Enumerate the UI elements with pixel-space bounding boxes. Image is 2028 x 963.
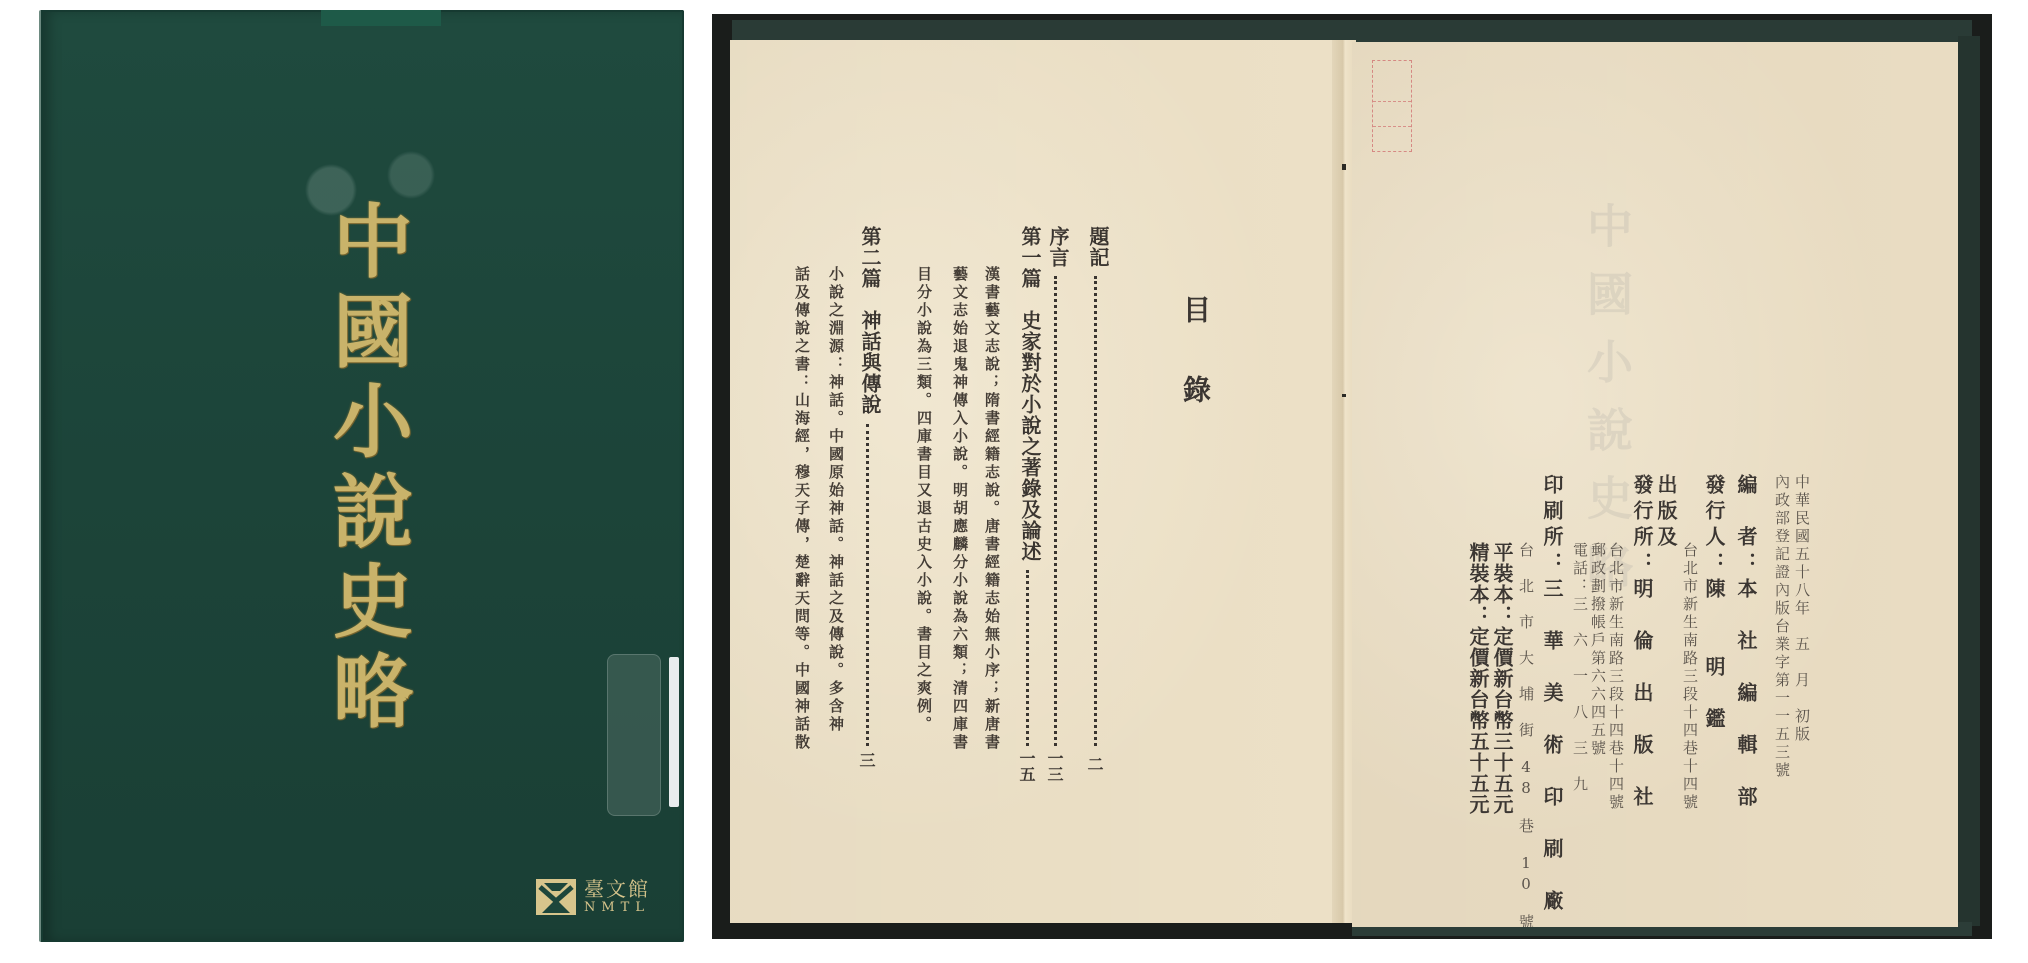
cover-title-char: 國 <box>333 290 413 374</box>
toc-leader <box>1054 276 1057 746</box>
library-barcode-strip <box>669 657 679 807</box>
toc-leader <box>1094 276 1097 746</box>
toc-chapter-2-summary-line: 小說之淵源：神話。中國原始神話。神話之及傳說。多含神 <box>826 266 847 734</box>
colophon-publisher-person: 發行人：陳 明 鑑 <box>1700 474 1729 734</box>
binding-thread <box>1342 164 1346 170</box>
toc-page-number: 三 <box>858 752 874 768</box>
toc-page-number: 一五 <box>1018 750 1034 782</box>
library-spine-label <box>607 654 661 816</box>
colophon-price-hardcover: 精裝本：定價新台幣五十五元 <box>1464 542 1493 815</box>
colophon-printer-address: 台 北 市 大 埔 街 48 巷 10 號 <box>1516 542 1537 927</box>
toc-entry-foreword[interactable]: 序言 <box>1044 226 1073 268</box>
toc-leader <box>1026 570 1029 746</box>
toc-entry-preface-note[interactable]: 題記 <box>1084 226 1113 268</box>
cover-title-char: 小 <box>333 380 413 464</box>
colophon-publishing-address: 台北市新生南路三段十四巷十四號 <box>1606 542 1627 812</box>
toc-page-number: 二 <box>1086 756 1102 772</box>
colophon-printer: 印刷所：三 華 美 術 印 刷 廠 <box>1538 474 1567 916</box>
open-book-scan: 目 錄 題記 二 序言 一三 第一篇 史家對於小說之著錄及論述 一五 漢書藝文志… <box>712 14 1992 939</box>
cover-title-char: 說 <box>333 470 413 554</box>
book-cover: 中 國 小 說 史 略 臺文館 NMTL <box>39 10 684 942</box>
book-board-right <box>1958 36 1980 926</box>
toc-chapter-1-summary-line: 目分小說為三類。四庫書目又退古史入小說。書目之爽例。 <box>914 266 935 734</box>
toc-heading-char: 目 <box>1175 295 1215 323</box>
library-stamp <box>1372 60 1412 152</box>
toc-chapter-2-summary-line: 話及傳說之書：山海經，穆天子傳，楚辭天問等。中國神話散 <box>792 266 813 752</box>
binding-thread <box>1342 394 1346 397</box>
nmtl-logo: 臺文館 NMTL <box>536 877 650 917</box>
colophon-publisher-address: 台北市新生南路三段十四巷十四號 <box>1680 542 1701 812</box>
logo-chinese-text: 臺文館 <box>584 878 650 900</box>
toc-leader <box>866 424 869 746</box>
cover-title: 中 國 小 說 史 略 <box>313 200 433 734</box>
toc-page-number: 一三 <box>1046 750 1062 782</box>
toc-entry-chapter-2[interactable]: 第二篇 神話與傳說 <box>856 226 885 415</box>
colophon-date: 中華民國五十八年 五 月 初版 <box>1792 474 1813 744</box>
cover-top-tab <box>321 10 441 26</box>
colophon-postal-account: 郵政劃撥帳戶第六六四五號 <box>1588 542 1609 758</box>
colophon-registration: 內政部登記證內版台業字第一一五三號 <box>1772 474 1793 780</box>
colophon-phone: 電話：三 六 一 八 三 九 <box>1570 542 1591 794</box>
logo-english-text: NMTL <box>584 900 650 916</box>
colophon-editor: 編 者：本 社 編 輯 部 <box>1732 474 1761 812</box>
colophon-publishing-house: 發行所：明 倫 出 版 社 <box>1628 474 1657 812</box>
toc-entry-chapter-1[interactable]: 第一篇 史家對於小說之著錄及論述 <box>1016 226 1045 562</box>
toc-chapter-1-summary-line: 漢書藝文志說；隋書經籍志說。唐書經籍志始無小序；新唐書 <box>982 266 1003 752</box>
colophon-page: 中國小說史略 中華民國五十八年 五 月 初版 內政部登記證內版台業字第一一五三號… <box>1352 42 1958 927</box>
book-board-top <box>732 20 1972 42</box>
nmtl-logo-icon <box>536 877 576 917</box>
cover-title-char: 略 <box>333 650 413 734</box>
toc-heading-char: 錄 <box>1175 375 1215 403</box>
toc-page: 目 錄 題記 二 序言 一三 第一篇 史家對於小說之著錄及論述 一五 漢書藝文志… <box>730 40 1353 923</box>
cover-title-char: 中 <box>333 200 413 284</box>
cover-title-char: 史 <box>333 560 413 644</box>
toc-chapter-1-summary-line: 藝文志始退鬼神傳入小說。明胡應麟分小說為六類；清四庫書 <box>950 266 971 752</box>
